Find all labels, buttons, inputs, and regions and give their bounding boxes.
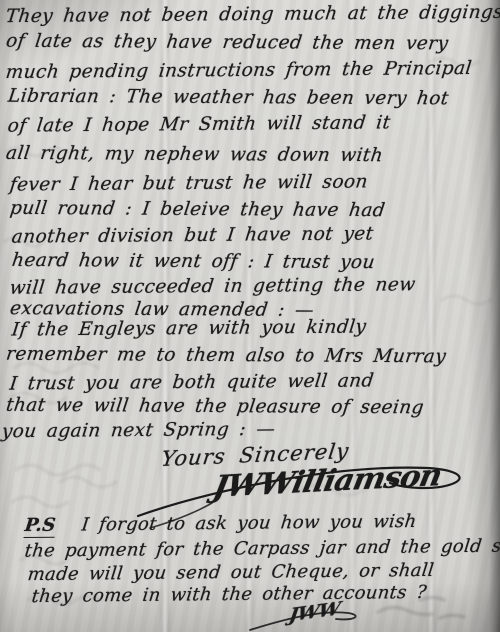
letter-line: will have succeeded in getting the new: [9, 274, 417, 299]
letter-line: I trust you are both quite well and: [9, 370, 375, 394]
letter-line: of late as they have reduced the men ver…: [5, 31, 450, 55]
postscript-label: P.S: [23, 515, 56, 538]
letter-line: They have not been doing much at the dig…: [5, 2, 500, 27]
letter-line: you again next Spring : —: [1, 419, 277, 442]
letter-line: of late I hope Mr Smith will stand it: [7, 112, 392, 136]
letter-photograph: They have not been doing much at the dig…: [0, 0, 500, 632]
letter-line: all right, my nephew was down with: [5, 143, 385, 166]
postscript-line: P.S I forgot to ask you how you wish: [23, 511, 417, 538]
letter-line: remember me to them also to Mrs Murray: [5, 344, 448, 368]
letter-line: Librarian : The weather has been very ho…: [7, 86, 450, 110]
letter-line: fever I hear but trust he will soon: [9, 171, 369, 195]
postscript-line: made will you send out Cheque, or shall: [27, 560, 436, 585]
letter-line: that we will have the pleasure of seeing: [5, 395, 425, 419]
letter-line: much pending instructions from the Princ…: [5, 58, 473, 83]
letter-line: heard how it went off : I trust you: [11, 250, 376, 273]
postscript-text: I forgot to ask you how you wish: [81, 511, 418, 536]
letter-line: pull round : I beleive they have had: [9, 198, 387, 221]
letter-line: If the Engleys are with you kindly: [11, 316, 368, 340]
postscript-line: they come in with the other accounts ?: [31, 582, 428, 607]
letter-line: another division but I have not yet: [11, 223, 375, 247]
